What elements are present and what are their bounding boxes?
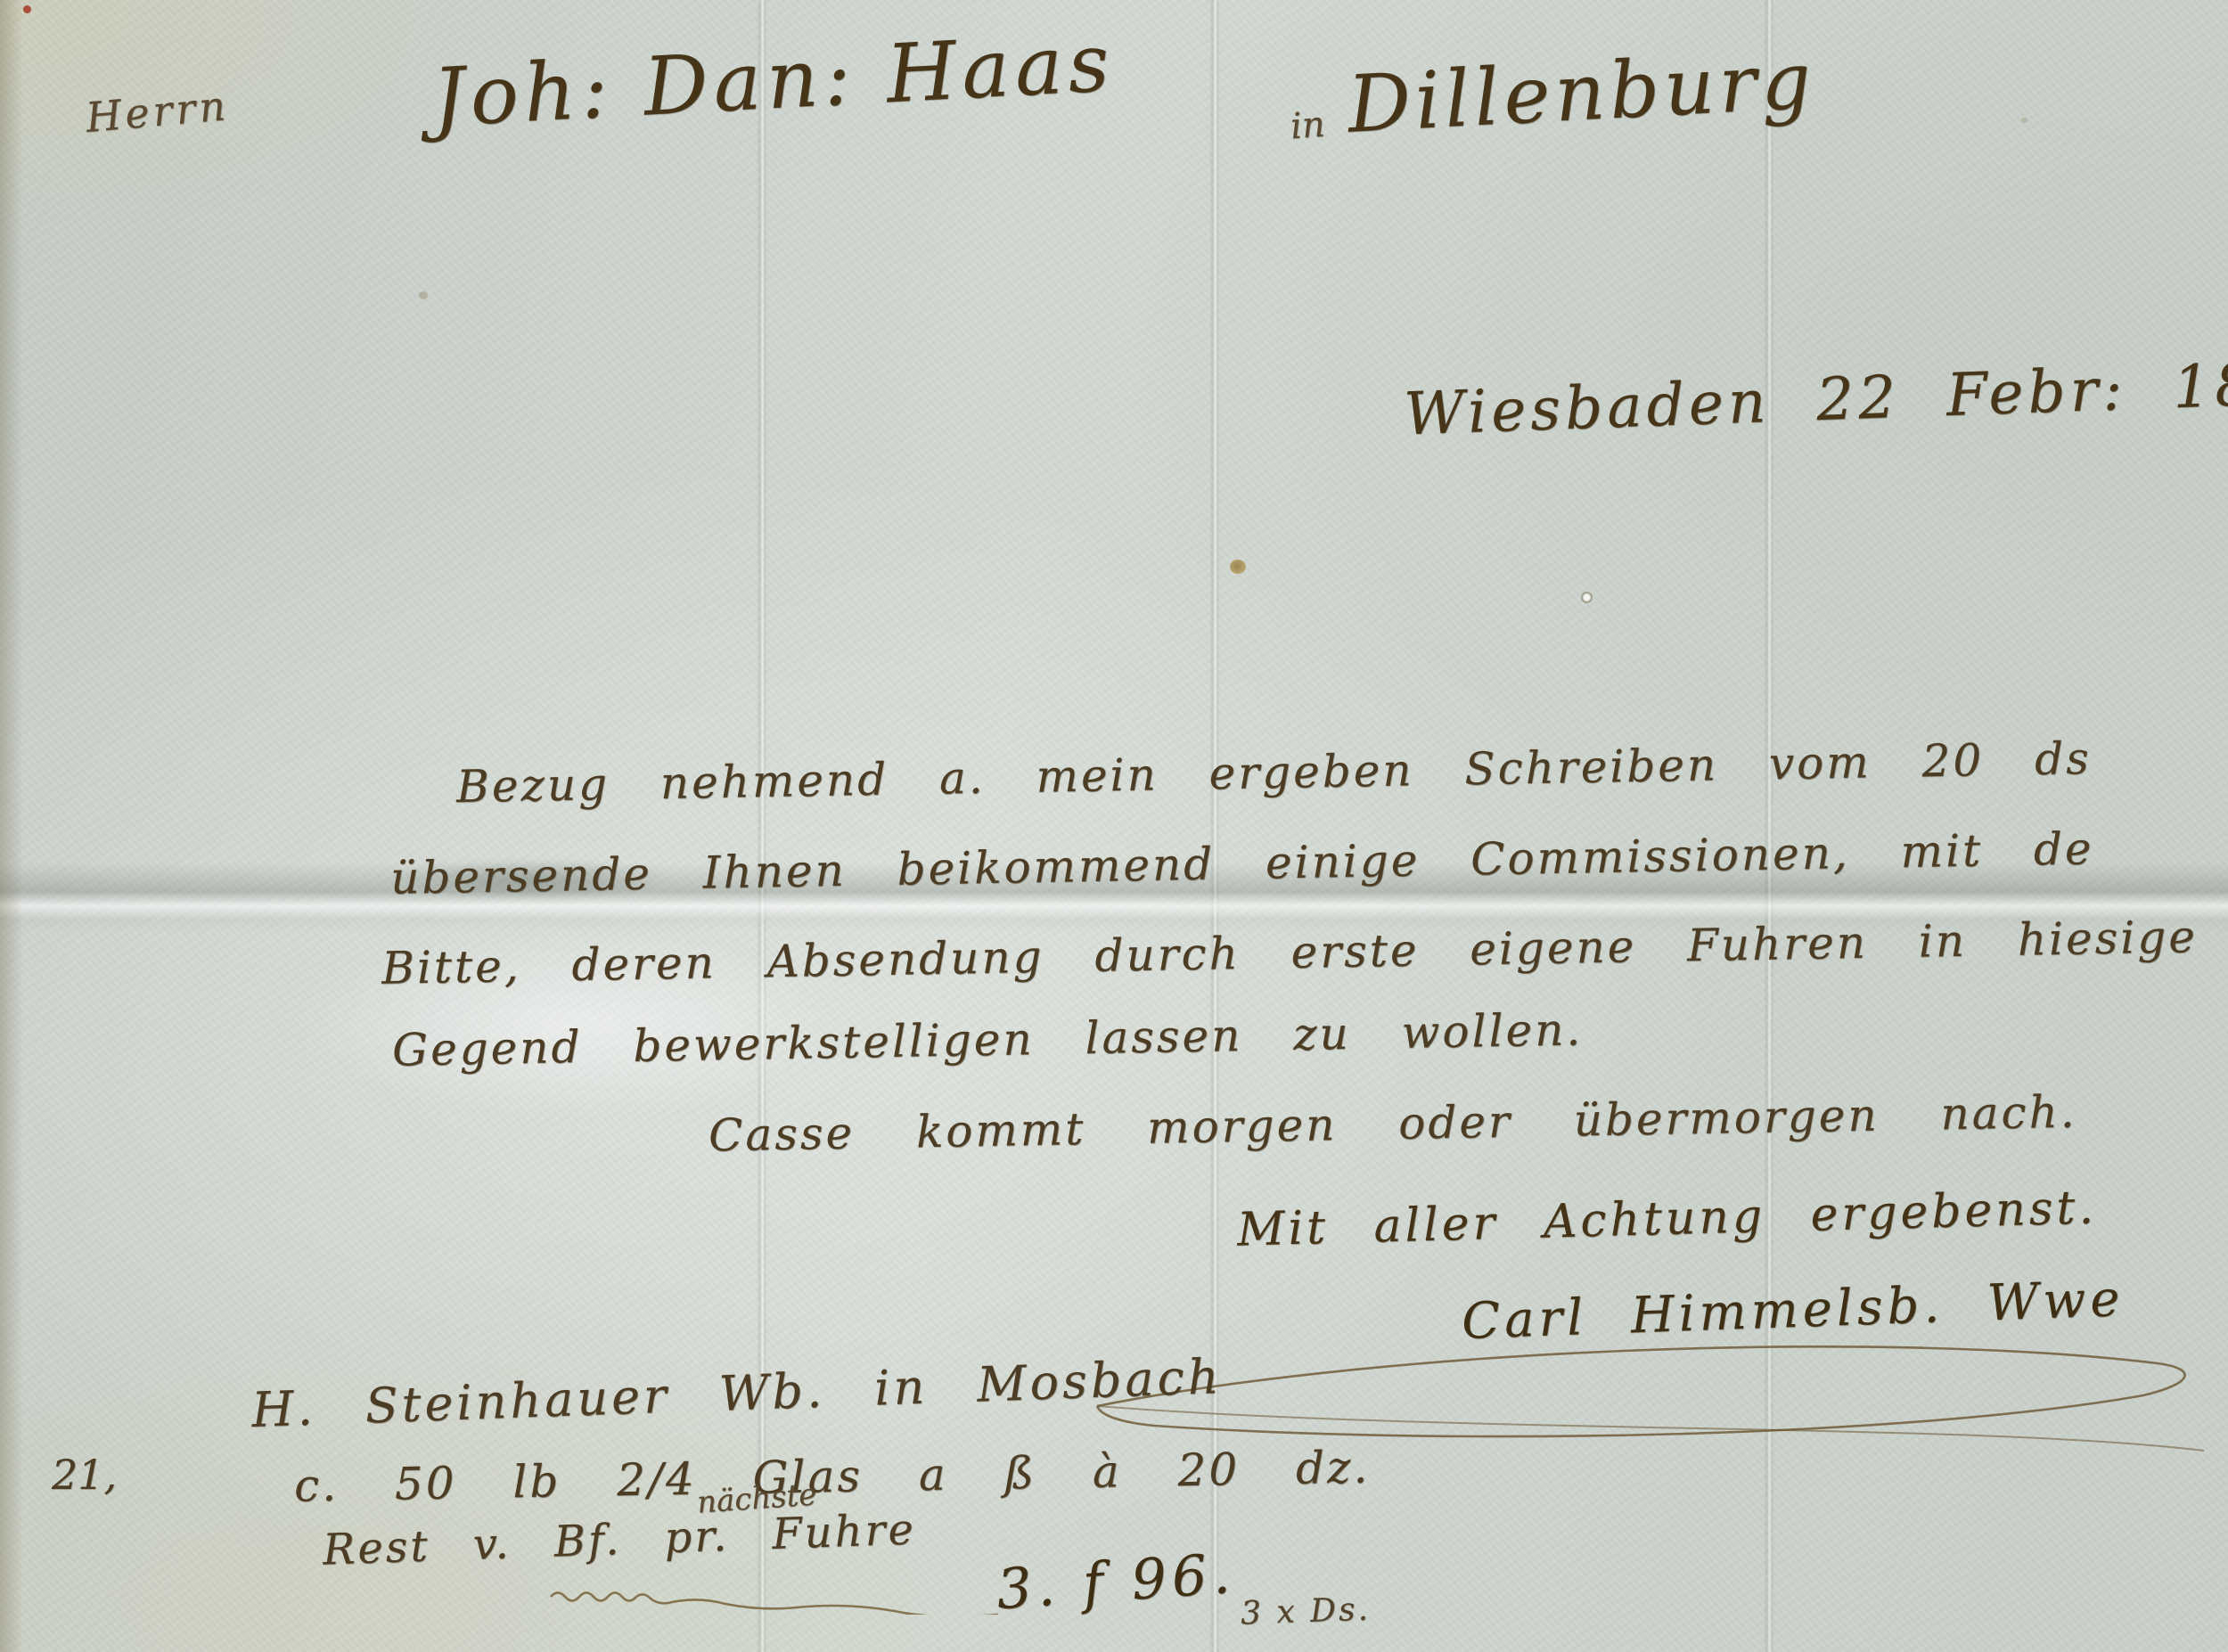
address-preposition: in	[1289, 104, 1326, 148]
left-edge-shading	[0, 0, 23, 1652]
postscript-note: 3 x Ds.	[1240, 1591, 1371, 1632]
red-speck	[23, 5, 31, 13]
postscript-margin-number: 21,	[52, 1451, 117, 1499]
ink-squiggle-line	[547, 1584, 1002, 1615]
dateline-place: Wiesbaden	[1403, 365, 1818, 448]
paper-speck	[2021, 118, 2027, 123]
paper-speck	[419, 291, 428, 299]
pinhole	[1581, 592, 1593, 603]
letter-page: Herrn Joh: Dan: Haas in Dillenburg Wiesb…	[0, 0, 2228, 1652]
ink-stain-spot	[1230, 560, 1246, 574]
